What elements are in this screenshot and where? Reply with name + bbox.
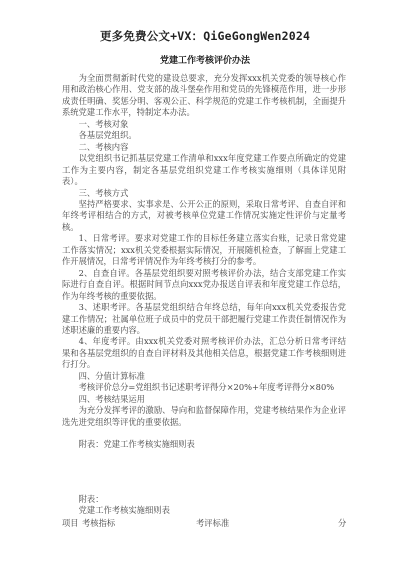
heading-assessment-target: 一、考核对象 <box>62 119 346 130</box>
heading-assessment-method: 三、考核方式 <box>62 188 346 199</box>
appendix-table-header: 项目 考核指标 考评标准 分 <box>62 517 352 529</box>
blank-line <box>62 428 346 439</box>
banner-text: 更多免费公文+VX：QiGeGongWen2024 <box>0 28 410 44</box>
paragraph-method: 坚持严格要求、实事求是、公开公正的原则，采取日常考评、自查自评和年终考评相结合的… <box>62 199 346 233</box>
document-body: 为全面贯彻新时代党的建设总要求，充分发挥xxx机关党委的领导核心作用和政治核心作… <box>62 73 346 451</box>
heading-result-use: 四、考核结果运用 <box>62 394 346 405</box>
paragraph-score-formula: 考核评价总分=党组织书记述职考评得分×20%+年度考评得分×80% <box>62 382 346 393</box>
paragraph-self-review: 2、自查自评。各基层党组织要对照考核评价办法，结合支部党建工作实际进行自查自评。… <box>62 268 346 302</box>
document-title: 党建工作考核评价办法 <box>0 53 410 66</box>
heading-assessment-content: 二、考核内容 <box>62 142 346 153</box>
paragraph-report-review: 3、述职考评。各基层党组织结合年终总结，每年向xxx机关党委报告党建工作情况；社… <box>62 302 346 336</box>
paragraph-content: 以党组织书记抓基层党建工作清单和xxx年度党建工作要点所确定的党建工作为主要内容… <box>62 153 346 187</box>
heading-score-standard: 四、分值计算标准 <box>62 371 346 382</box>
appendix-section: 附表： 党建工作考核实施细则表 <box>62 494 362 516</box>
column-header-item: 项目 <box>62 517 79 529</box>
paragraph-intro: 为全面贯彻新时代党的建设总要求，充分发挥xxx机关党委的领导核心作用和政治核心作… <box>62 73 346 119</box>
appendix-table-title: 党建工作考核实施细则表 <box>62 505 362 516</box>
column-header-indicator: 考核指标 <box>82 517 115 529</box>
paragraph-daily-review: 1、日常考评。要求对党建工作的目标任务建立落实台账，记录日常党建工作落实情况；x… <box>62 233 346 267</box>
paragraph-annual-review: 4、年度考评。由xxx机关党委对照考核评价办法，汇总分析日常考评结果和各基层党组… <box>62 336 346 370</box>
paragraph-result-use: 为充分发挥考评的激励、导向和监督保障作用，党建考核结果作为企业评选先进党组织等评… <box>62 405 346 428</box>
column-header-criteria: 考评标准 <box>196 517 229 529</box>
appendix-label: 附表： <box>62 494 362 505</box>
column-header-score: 分 <box>338 517 346 529</box>
paragraph-target: 各基层党组织。 <box>62 130 346 141</box>
paragraph-attachment-note: 附表：党建工作考核实施细则表 <box>62 439 346 450</box>
